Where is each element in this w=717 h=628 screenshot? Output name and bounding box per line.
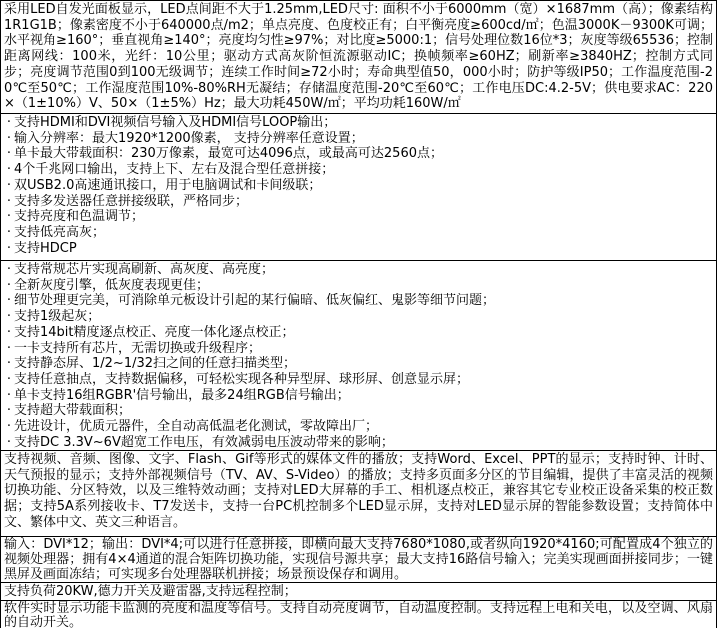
- feature-item: ·输入分辨率：最大1920*1200像素， 支持分辨率任意设置；: [4, 131, 713, 147]
- bullet-icon: ·: [4, 372, 14, 388]
- video-processor-text: 输入：DVI*12；输出：DVI*4;可以进行任意拼接，即横向最大支持7680*…: [4, 538, 713, 583]
- feature-item-text: 双USB2.0高速通讯接口，用于电脑调试和卡间级联；: [14, 178, 321, 193]
- bullet-icon: ·: [4, 241, 14, 257]
- feature-item: ·支持亮度和色温调节；: [4, 209, 713, 225]
- bullet-icon: ·: [4, 194, 14, 210]
- feature-item-text: 支持亮度和色温调节；: [14, 209, 144, 224]
- feature-item: ·支持超大带载面积；: [4, 403, 713, 419]
- bullet-icon: ·: [4, 115, 14, 131]
- row-video-processor: 输入：DVI*12；输出：DVI*4;可以进行任意拼接，即横向最大支持7680*…: [1, 537, 716, 583]
- feature-item: ·支持14bit精度逐点校正、亮度一体化逐点校正；: [4, 325, 713, 341]
- feature-item: ·全新灰度引擎，低灰度表现更佳；: [4, 278, 713, 294]
- row-software-features: 支持视频、音频、图像、文字、Flash、Gif等形式的媒体文件的播放；支持Wor…: [1, 451, 716, 537]
- spec-table: 采用LED自发光面板显示，LED点间距不大于1.25mm,LED尺寸: 面积不小…: [0, 0, 717, 628]
- feature-item: ·4个千兆网口输出，支持上下、左右及混合型任意拼接；: [4, 162, 713, 178]
- bullet-icon: ·: [4, 162, 14, 178]
- feature-item: ·一卡支持所有芯片，无需切换或升级程序；: [4, 341, 713, 357]
- bullet-icon: ·: [4, 262, 14, 278]
- panel-specs-text: 采用LED自发光面板显示，LED点间距不大于1.25mm,LED尺寸: 面积不小…: [4, 2, 713, 112]
- feature-item: ·先进设计，优质元器件，全自动高低温老化测试，零故障出厂；: [4, 419, 713, 435]
- bullet-icon: ·: [4, 341, 14, 357]
- row-power-distribution: 支持负荷20KW,德力开关及避雷器,支持远程控制；: [1, 583, 716, 601]
- feature-item: ·支持DC 3.3V~6V超宽工作电压，有效减弱电压波动带来的影响；: [4, 435, 713, 451]
- bullet-icon: ·: [4, 146, 14, 162]
- bullet-icon: ·: [4, 209, 14, 225]
- bullet-icon: ·: [4, 435, 14, 451]
- bullet-icon: ·: [4, 178, 14, 194]
- feature-item-text: 一卡支持所有芯片，无需切换或升级程序；: [14, 341, 261, 356]
- bullet-icon: ·: [4, 356, 14, 372]
- row-sending-card-features: ·支持HDMI和DVI视频信号输入及HDMI信号LOOP输出； ·输入分辨率：最…: [1, 114, 716, 261]
- feature-item-text: 支持HDCP: [14, 241, 77, 256]
- feature-item-text: 单卡支持16组RGBR'信号输出，最多24组RGB信号输出；: [14, 388, 350, 403]
- feature-item-text: 支持HDMI和DVI视频信号输入及HDMI信号LOOP输出；: [14, 115, 336, 130]
- row-monitoring-software: 软件实时显示功能卡监测的亮度和温度等信号。支持自动亮度调节，自动温度控制。支持远…: [1, 601, 716, 628]
- feature-item: ·支持静态屏、1/2~1/32扫之间的任意扫描类型；: [4, 356, 713, 372]
- feature-item-text: 支持14bit精度逐点校正、亮度一体化逐点校正；: [14, 325, 295, 340]
- feature-item-text: 输入分辨率：最大1920*1200像素， 支持分辨率任意设置；: [14, 131, 364, 146]
- feature-item-text: 单卡最大带载面积：230万像素，最宽可达4096点，或最高可达2560点；: [14, 146, 443, 161]
- feature-item: ·支持常规芯片实现高刷新、高灰度、高亮度；: [4, 262, 713, 278]
- feature-item: ·单卡支持16组RGBR'信号输出，最多24组RGB信号输出；: [4, 388, 713, 404]
- feature-item-text: 先进设计，优质元器件，全自动高低温老化测试，零故障出厂；: [14, 419, 378, 434]
- power-distribution-text: 支持负荷20KW,德力开关及避雷器,支持远程控制；: [4, 584, 713, 599]
- feature-item-text: 支持低亮高灰；: [14, 225, 105, 240]
- feature-item-text: 支持超大带载面积；: [14, 403, 131, 418]
- bullet-icon: ·: [4, 403, 14, 419]
- feature-item: ·支持HDCP: [4, 241, 713, 257]
- bullet-icon: ·: [4, 325, 14, 341]
- bullet-icon: ·: [4, 419, 14, 435]
- row-panel-specs: 采用LED自发光面板显示，LED点间距不大于1.25mm,LED尺寸: 面积不小…: [1, 1, 716, 114]
- feature-item-text: 4个千兆网口输出，支持上下、左右及混合型任意拼接；: [14, 162, 334, 177]
- bullet-icon: ·: [4, 278, 14, 294]
- bullet-icon: ·: [4, 309, 14, 325]
- software-features-text: 支持视频、音频、图像、文字、Flash、Gif等形式的媒体文件的播放；支持Wor…: [4, 452, 713, 531]
- feature-item: ·细节处理更完美，可消除单元板设计引起的某行偏暗、低灰偏红、鬼影等细节问题；: [4, 293, 713, 309]
- feature-item: ·支持任意抽点，支持数据偏移，可轻松实现各种异型屏、球形屏、创意显示屏；: [4, 372, 713, 388]
- feature-item-text: 细节处理更完美，可消除单元板设计引起的某行偏暗、低灰偏红、鬼影等细节问题；: [14, 293, 495, 308]
- feature-item: ·支持多发送器任意拼接级联，严格同步；: [4, 194, 713, 210]
- feature-item-text: 支持多发送器任意拼接级联，严格同步；: [14, 194, 248, 209]
- bullet-icon: ·: [4, 131, 14, 147]
- feature-item: ·支持低亮高灰；: [4, 225, 713, 241]
- feature-item-text: 支持DC 3.3V~6V超宽工作电压，有效减弱电压波动带来的影响；: [14, 435, 394, 450]
- feature-item: ·支持1级起灰；: [4, 309, 713, 325]
- feature-item: ·双USB2.0高速通讯接口，用于电脑调试和卡间级联；: [4, 178, 713, 194]
- bullet-icon: ·: [4, 225, 14, 241]
- bullet-icon: ·: [4, 388, 14, 404]
- feature-item-text: 支持任意抽点，支持数据偏移，可轻松实现各种异型屏、球形屏、创意显示屏；: [14, 372, 469, 387]
- feature-item-text: 支持1级起灰；: [14, 309, 100, 324]
- feature-item: ·单卡最大带载面积：230万像素，最宽可达4096点，或最高可达2560点；: [4, 146, 713, 162]
- bullet-icon: ·: [4, 293, 14, 309]
- feature-item: ·支持HDMI和DVI视频信号输入及HDMI信号LOOP输出；: [4, 115, 713, 131]
- feature-item-text: 支持静态屏、1/2~1/32扫之间的任意扫描类型；: [14, 356, 296, 371]
- feature-item-text: 全新灰度引擎，低灰度表现更佳；: [14, 278, 209, 293]
- row-receiving-card-features: ·支持常规芯片实现高刷新、高灰度、高亮度； ·全新灰度引擎，低灰度表现更佳； ·…: [1, 261, 716, 451]
- monitoring-text: 软件实时显示功能卡监测的亮度和温度等信号。支持自动亮度调节，自动温度控制。支持远…: [4, 602, 713, 628]
- feature-item-text: 支持常规芯片实现高刷新、高灰度、高亮度；: [14, 262, 274, 277]
